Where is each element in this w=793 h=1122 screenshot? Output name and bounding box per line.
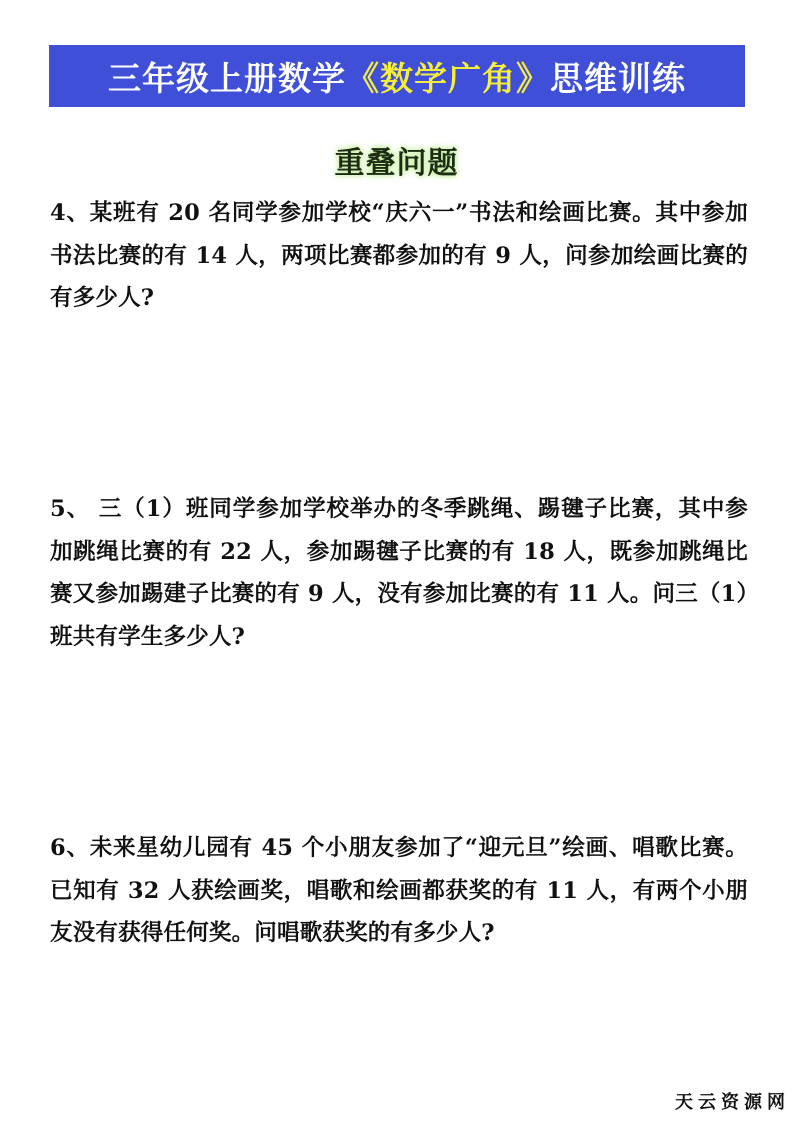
banner-title-topic: 《数学广角》 [346, 53, 550, 100]
question-6: 6、未来星幼儿园有 45 个小朋友参加了“迎元旦”绘画、唱歌比赛。已知有 32 … [50, 827, 748, 955]
title-banner: 三年级上册数学 《数学广角》 思维训练 [49, 45, 745, 107]
banner-title-training: 思维训练 [550, 53, 686, 100]
question-4: 4、某班有 20 名同学参加学校“庆六一”书法和绘画比赛。其中参加书法比赛的有 … [50, 192, 748, 320]
section-subtitle: 重叠问题 [0, 138, 793, 182]
banner-title-grade: 三年级上册数学 [108, 53, 346, 100]
question-5: 5、 三（1）班同学参加学校举办的冬季跳绳、踢毽子比赛，其中参加跳绳比赛的有 2… [50, 488, 748, 658]
watermark: 天云资源网 [675, 1088, 790, 1114]
